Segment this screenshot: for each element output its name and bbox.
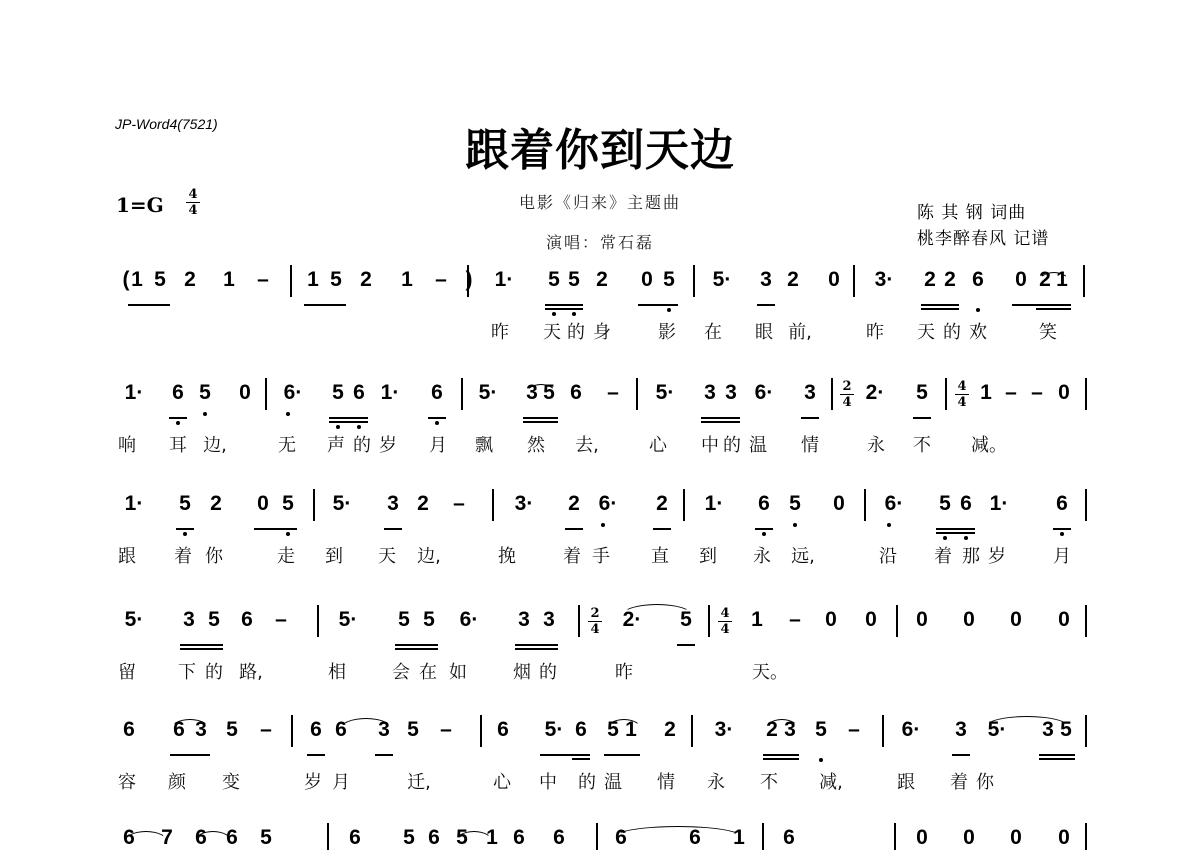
sixteenth-beam	[515, 648, 558, 650]
bar-line	[1085, 823, 1087, 850]
note: 2	[653, 492, 671, 516]
lyric: 无	[277, 435, 297, 457]
bar-line	[1085, 715, 1087, 747]
note: 2·	[861, 381, 889, 405]
note: 0	[1007, 608, 1025, 632]
bar-line	[290, 265, 292, 297]
lyric: 颜	[167, 772, 187, 794]
eighth-beam	[638, 304, 678, 306]
eighth-beam	[428, 417, 446, 419]
eighth-beam	[329, 417, 368, 419]
eighth-beam	[128, 304, 170, 306]
lyric: 在	[418, 662, 438, 684]
lyric: 昨	[614, 662, 634, 684]
note: 3	[384, 492, 402, 516]
lyric: 天	[916, 322, 936, 344]
note: 5	[205, 608, 223, 632]
eighth-beam	[1053, 528, 1071, 530]
note: 6	[120, 718, 138, 742]
note: 1·	[120, 492, 148, 516]
low-octave-dot	[286, 412, 290, 416]
note: 0	[1007, 826, 1025, 850]
note: 2	[181, 268, 199, 292]
note: 5	[420, 608, 438, 632]
note: 5	[223, 718, 241, 742]
time-signature-change: 24	[588, 607, 602, 636]
lyric: 影	[657, 322, 677, 344]
note: 6	[425, 826, 443, 850]
eighth-beam	[921, 304, 959, 306]
eighth-beam	[540, 754, 590, 756]
eighth-beam	[523, 417, 558, 419]
note: 3	[701, 381, 719, 405]
lyric: 不	[759, 772, 779, 794]
note: 3	[722, 381, 740, 405]
dash-note: –	[257, 718, 275, 742]
note: 5	[176, 492, 194, 516]
low-octave-dot	[203, 412, 207, 416]
eighth-beam	[180, 644, 223, 646]
sixteenth-beam	[545, 308, 583, 310]
note: 1	[220, 268, 238, 292]
note: 5	[151, 268, 169, 292]
note: 2	[941, 268, 959, 292]
lyric: 边,	[410, 546, 448, 568]
lyric: 的	[722, 435, 742, 457]
eighth-beam	[545, 304, 583, 306]
lyric: 相	[327, 662, 347, 684]
eighth-beam	[763, 754, 799, 756]
note: 2	[207, 492, 225, 516]
lyric: 留	[117, 662, 137, 684]
note: 5	[395, 608, 413, 632]
note: 6	[510, 826, 528, 850]
note: 5·	[708, 268, 736, 292]
note: 6·	[750, 381, 778, 405]
bar-line	[596, 823, 598, 850]
lyric: 永	[752, 546, 772, 568]
low-octave-dot	[183, 532, 187, 536]
note: 5	[936, 492, 954, 516]
low-octave-dot	[976, 308, 980, 312]
lyric: 的	[204, 662, 224, 684]
note: 3·	[710, 718, 738, 742]
note: 3	[952, 718, 970, 742]
note: 1	[304, 268, 322, 292]
note: 6	[780, 826, 798, 850]
lyric: 欢	[968, 322, 988, 344]
lyric: 心	[492, 772, 512, 794]
lyric: 着	[173, 546, 193, 568]
eighth-beam	[952, 754, 970, 756]
note: 6	[494, 718, 512, 742]
bar-line	[313, 489, 315, 521]
lyric: 月	[331, 772, 351, 794]
lyric: 的	[942, 322, 962, 344]
note: 5	[400, 826, 418, 850]
note: 5·	[474, 381, 502, 405]
note: 2	[414, 492, 432, 516]
note: 0	[960, 826, 978, 850]
note: 6	[969, 268, 987, 292]
lyric: 远,	[784, 546, 822, 568]
note: 5	[660, 268, 678, 292]
note: 2	[565, 492, 583, 516]
lyric: 会	[391, 662, 411, 684]
note: 6·	[594, 492, 622, 516]
low-octave-dot	[572, 312, 576, 316]
lyric: 月	[1052, 546, 1072, 568]
note: 3	[540, 608, 558, 632]
sixteenth-beam	[921, 308, 959, 310]
lyric: 情	[800, 435, 820, 457]
eighth-beam	[304, 304, 346, 306]
note: 1	[748, 608, 766, 632]
low-octave-dot	[819, 758, 823, 762]
note: 5	[196, 381, 214, 405]
note: 0	[960, 608, 978, 632]
bar-line	[265, 378, 267, 410]
note: 6	[755, 492, 773, 516]
note: 0	[1055, 826, 1073, 850]
note: 3	[180, 608, 198, 632]
eighth-beam	[375, 754, 393, 756]
bar-line	[291, 715, 293, 747]
lyric: 烟	[512, 662, 532, 684]
bar-line	[691, 715, 693, 747]
lyric: 昨	[865, 322, 885, 344]
lyric: 心	[648, 435, 668, 457]
lyric: 跟	[117, 546, 137, 568]
note: 6·	[279, 381, 307, 405]
lyric: 走	[276, 546, 296, 568]
note: 1	[977, 381, 995, 405]
lyric: 减。	[970, 435, 1008, 457]
bar-line	[1085, 489, 1087, 521]
bar-line	[693, 265, 695, 297]
lyric: 那	[961, 546, 981, 568]
bar-line	[708, 605, 710, 637]
lyric: 飘	[474, 435, 494, 457]
note: 1	[730, 826, 748, 850]
low-octave-dot	[286, 532, 290, 536]
lyric: 你	[975, 772, 995, 794]
note: 5·	[334, 608, 362, 632]
lyric: 眼	[754, 322, 774, 344]
lyric: 不	[912, 435, 932, 457]
note: 5	[404, 718, 422, 742]
sixteenth-beam	[763, 758, 799, 760]
eighth-beam	[565, 528, 583, 530]
lyric: 着	[562, 546, 582, 568]
note: 2	[784, 268, 802, 292]
lyric: 直	[650, 546, 670, 568]
eighth-beam	[307, 754, 325, 756]
note: 0	[913, 826, 931, 850]
low-octave-dot	[357, 425, 361, 429]
sixteenth-beam	[523, 421, 558, 423]
bracket: )	[460, 268, 478, 292]
transcriber-credit: 桃李醉春风 记谱	[917, 224, 1049, 249]
time-signature-change: 24	[840, 380, 854, 409]
bar-line	[492, 489, 494, 521]
composer-credit: 陈 其 钢 词曲	[917, 198, 1026, 223]
note: 6	[957, 492, 975, 516]
note: 6	[238, 608, 256, 632]
lyric: 变	[221, 772, 241, 794]
note: 1·	[120, 381, 148, 405]
bar-line	[894, 823, 896, 850]
lyric: 迁,	[400, 772, 438, 794]
eighth-beam	[515, 644, 558, 646]
lyric: 昨	[490, 322, 510, 344]
note: 2	[921, 268, 939, 292]
lyric: 路,	[232, 662, 270, 684]
note: 6	[550, 826, 568, 850]
sixteenth-beam	[936, 532, 975, 534]
bar-line	[882, 715, 884, 747]
lyric: 天。	[751, 662, 789, 684]
note: 1	[398, 268, 416, 292]
note: 5	[786, 492, 804, 516]
bar-line	[1085, 605, 1087, 637]
low-octave-dot	[1060, 532, 1064, 536]
note: 2	[357, 268, 375, 292]
low-octave-dot	[336, 425, 340, 429]
lyric: 的	[577, 772, 597, 794]
eighth-beam	[176, 528, 194, 530]
note: 6	[428, 381, 446, 405]
lyric: 温	[748, 435, 768, 457]
note: 5	[913, 381, 931, 405]
note: 0	[862, 608, 880, 632]
lyric: 的	[566, 322, 586, 344]
dash-note: –	[1002, 381, 1020, 405]
dash-note: –	[272, 608, 290, 632]
lyric: 去,	[568, 435, 606, 457]
lyric: 天	[542, 322, 562, 344]
sixteenth-beam	[180, 648, 223, 650]
lyric: 着	[933, 546, 953, 568]
note: 0	[1055, 381, 1073, 405]
lyric: 岁	[303, 772, 323, 794]
note: 1·	[700, 492, 728, 516]
note: 0	[638, 268, 656, 292]
lyric: 中	[700, 435, 720, 457]
note: 5	[329, 381, 347, 405]
note: 6	[1053, 492, 1071, 516]
low-octave-dot	[793, 523, 797, 527]
dash-note: –	[450, 492, 468, 516]
lyric: 挽	[497, 546, 517, 568]
bar-line	[317, 605, 319, 637]
lyric: 你	[204, 546, 224, 568]
note: 0	[1055, 608, 1073, 632]
song-title: 跟着你到天边	[0, 114, 1200, 178]
low-octave-dot	[435, 421, 439, 425]
dash-note: –	[604, 381, 622, 405]
lyric: 边,	[196, 435, 234, 457]
note: 0	[254, 492, 272, 516]
note: 0	[913, 608, 931, 632]
bar-line	[831, 378, 833, 410]
lyric: 温	[603, 772, 623, 794]
eighth-beam	[701, 417, 740, 419]
low-octave-dot	[943, 536, 947, 540]
bar-line	[467, 265, 469, 297]
note: 5	[279, 492, 297, 516]
note: 1·	[376, 381, 404, 405]
lyric: 岁	[987, 546, 1007, 568]
sixteenth-beam	[572, 758, 590, 760]
bar-line	[461, 378, 463, 410]
lyric: 中	[538, 772, 558, 794]
eighth-beam	[169, 417, 187, 419]
note: 3	[757, 268, 775, 292]
lyric: 减,	[812, 772, 850, 794]
lyric: 月	[428, 435, 448, 457]
slur	[614, 826, 742, 837]
low-octave-dot	[887, 523, 891, 527]
lyric: 天	[377, 546, 397, 568]
low-octave-dot	[552, 312, 556, 316]
lyric: 永	[706, 772, 726, 794]
sixteenth-beam	[395, 648, 438, 650]
lyric: 如	[448, 662, 468, 684]
note: 6·	[880, 492, 908, 516]
note: 2	[593, 268, 611, 292]
bar-line	[480, 715, 482, 747]
note: 6·	[897, 718, 925, 742]
note: 5	[812, 718, 830, 742]
bar-line	[578, 605, 580, 637]
eighth-beam	[1012, 304, 1071, 306]
note: 5	[565, 268, 583, 292]
lyric: 到	[698, 546, 718, 568]
note: 3·	[510, 492, 538, 516]
bar-line	[1085, 378, 1087, 410]
bar-line	[762, 823, 764, 850]
dash-note: –	[432, 268, 450, 292]
lyric: 沿	[878, 546, 898, 568]
note: 0	[822, 608, 840, 632]
dash-note: –	[437, 718, 455, 742]
eighth-beam	[1039, 754, 1075, 756]
lyric: 耳	[168, 435, 188, 457]
eighth-beam	[755, 528, 773, 530]
note: 5·	[651, 381, 679, 405]
sixteenth-beam	[329, 421, 368, 423]
bar-line	[327, 823, 329, 850]
low-octave-dot	[964, 536, 968, 540]
eighth-beam	[801, 417, 819, 419]
note: 6	[307, 718, 325, 742]
eighth-beam	[254, 528, 297, 530]
note: 5·	[120, 608, 148, 632]
note: 5	[545, 268, 563, 292]
dash-note: –	[254, 268, 272, 292]
note: 2	[661, 718, 679, 742]
lyric: 岁	[378, 435, 398, 457]
note: 0	[1012, 268, 1030, 292]
bar-line	[683, 489, 685, 521]
note: 0	[825, 268, 843, 292]
eighth-beam	[170, 754, 210, 756]
dash-note: –	[845, 718, 863, 742]
bar-line	[896, 605, 898, 637]
note: 3	[801, 381, 819, 405]
note: 6	[350, 381, 368, 405]
eighth-beam	[913, 417, 931, 419]
lyric: 下	[177, 662, 197, 684]
note: 3·	[870, 268, 898, 292]
time-signature-change: 44	[955, 380, 969, 409]
note: 6	[346, 826, 364, 850]
lyric: 响	[117, 435, 137, 457]
note: 6	[169, 381, 187, 405]
lyric: 着	[949, 772, 969, 794]
eighth-beam	[604, 754, 640, 756]
eighth-beam	[395, 644, 438, 646]
tie	[622, 604, 692, 615]
bar-line	[636, 378, 638, 410]
lyric: 永	[866, 435, 886, 457]
eighth-beam	[677, 644, 695, 646]
note: 6·	[455, 608, 483, 632]
bar-line	[945, 378, 947, 410]
bar-line	[1083, 265, 1085, 297]
note: 0	[236, 381, 254, 405]
lyric: 前,	[781, 322, 819, 344]
low-octave-dot	[176, 421, 180, 425]
dash-note: –	[1028, 381, 1046, 405]
eighth-beam	[936, 528, 975, 530]
note: 5·	[540, 718, 568, 742]
lyric: 身	[592, 322, 612, 344]
lyric: 的	[352, 435, 372, 457]
lyric: 然	[526, 435, 546, 457]
lyric: 的	[538, 662, 558, 684]
lyric: 跟	[896, 772, 916, 794]
sixteenth-beam	[1036, 308, 1071, 310]
sixteenth-beam	[1039, 758, 1075, 760]
lyric: 容	[117, 772, 137, 794]
note: 5·	[328, 492, 356, 516]
eighth-beam	[757, 304, 775, 306]
low-octave-dot	[667, 308, 671, 312]
bar-line	[853, 265, 855, 297]
note: 0	[830, 492, 848, 516]
dash-note: –	[786, 608, 804, 632]
lyric: 到	[324, 546, 344, 568]
low-octave-dot	[601, 523, 605, 527]
bar-line	[864, 489, 866, 521]
lyric: 声	[326, 435, 346, 457]
sixteenth-beam	[701, 421, 740, 423]
lyric: 在	[703, 322, 723, 344]
lyric: 手	[591, 546, 611, 568]
note: 5	[327, 268, 345, 292]
note: 6	[572, 718, 590, 742]
lyric: 笑	[1038, 322, 1058, 344]
note: 6	[567, 381, 585, 405]
note: 3	[515, 608, 533, 632]
note: 5	[257, 826, 275, 850]
eighth-beam	[653, 528, 671, 530]
note: 1·	[985, 492, 1013, 516]
note: 1	[128, 268, 146, 292]
note: 1·	[490, 268, 518, 292]
